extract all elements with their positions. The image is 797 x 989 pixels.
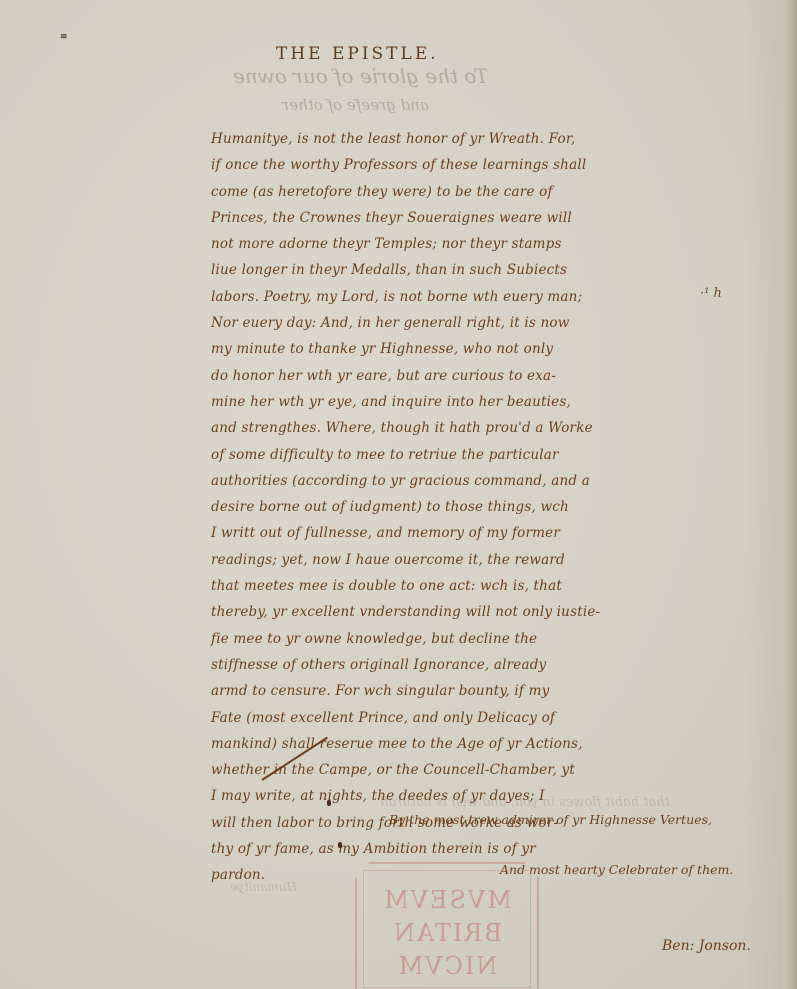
text-line: whether in the Campe, or the Councell-Ch… [211, 757, 671, 783]
library-stamp: MVSEVM BRITAN NICVM [355, 862, 539, 989]
bleed-through-text: and greefe of other [282, 96, 429, 114]
text-line: Nor euery day: And, in her generall righ… [211, 310, 671, 336]
text-line: thereby, yr excellent vnderstanding will… [211, 599, 671, 625]
manuscript-page: ≡ THE EPISTLE. To the glorie of our owne… [0, 0, 797, 989]
text-line: fie mee to yr owne knowledge, but declin… [211, 626, 671, 652]
page-edge [783, 0, 797, 989]
text-line: my minute to thanke yr Highnesse, who no… [211, 336, 671, 362]
text-line: stiffnesse of others originall Ignorance… [211, 652, 671, 678]
text-line: I may write, at nights, the deedes of yr… [211, 783, 671, 809]
stamp-text: NICVM [357, 952, 537, 980]
epistle-body: Humanitye, is not the least honor of yr … [211, 126, 671, 889]
ink-blot [327, 800, 331, 806]
folio-mark: ≡ [60, 32, 67, 42]
bleed-through-text: To the glorie of our owne [233, 64, 488, 88]
subscription-line: By the most trew admirer of yr Highnesse… [389, 812, 712, 827]
text-line: armd to censure. For wch singular bounty… [211, 678, 671, 704]
stamp-text: BRITAN [357, 919, 537, 947]
text-line: mine her wth yr eye, and inquire into he… [211, 389, 671, 415]
text-line: come (as heretofore they were) to be the… [211, 179, 671, 205]
text-line: Fate (most excellent Prince, and only De… [211, 705, 671, 731]
text-line: and strengthes. Where, though it hath pr… [211, 415, 671, 441]
text-line: not more adorne theyr Temples; nor theyr… [211, 231, 671, 257]
stamp-text: MVSEVM [357, 886, 537, 914]
text-line: Humanitye, is not the least honor of yr … [211, 126, 671, 152]
ink-blot [338, 842, 342, 848]
signature: Ben: Jonson. [662, 938, 751, 954]
text-line: liue longer in theyr Medalls, than in su… [211, 257, 671, 283]
text-line: labors. Poetry, my Lord, is not borne wt… [211, 284, 671, 310]
text-line: Princes, the Crownes theyr Soueraignes w… [211, 205, 671, 231]
text-line: authorities (according to yr gracious co… [211, 468, 671, 494]
text-line: of some difficulty to mee to retriue the… [211, 442, 671, 468]
text-line: readings; yet, now I haue ouercome it, t… [211, 547, 671, 573]
text-line: that meetes mee is double to one act: wc… [211, 573, 671, 599]
text-line: I writt out of fullnesse, and memory of … [211, 520, 671, 546]
margin-note: ·¹ h [700, 286, 722, 301]
page-title: THE EPISTLE. [276, 44, 439, 64]
gutter-shadow [743, 0, 783, 989]
text-line: desire borne out of iudgment) to those t… [211, 494, 671, 520]
text-line: mankind) shall reserue mee to the Age of… [211, 731, 671, 757]
text-line: thy of yr fame, as my Ambition therein i… [211, 836, 671, 862]
text-line: do honor her wth yr eare, but are curiou… [211, 363, 671, 389]
text-line: if once the worthy Professors of these l… [211, 152, 671, 178]
